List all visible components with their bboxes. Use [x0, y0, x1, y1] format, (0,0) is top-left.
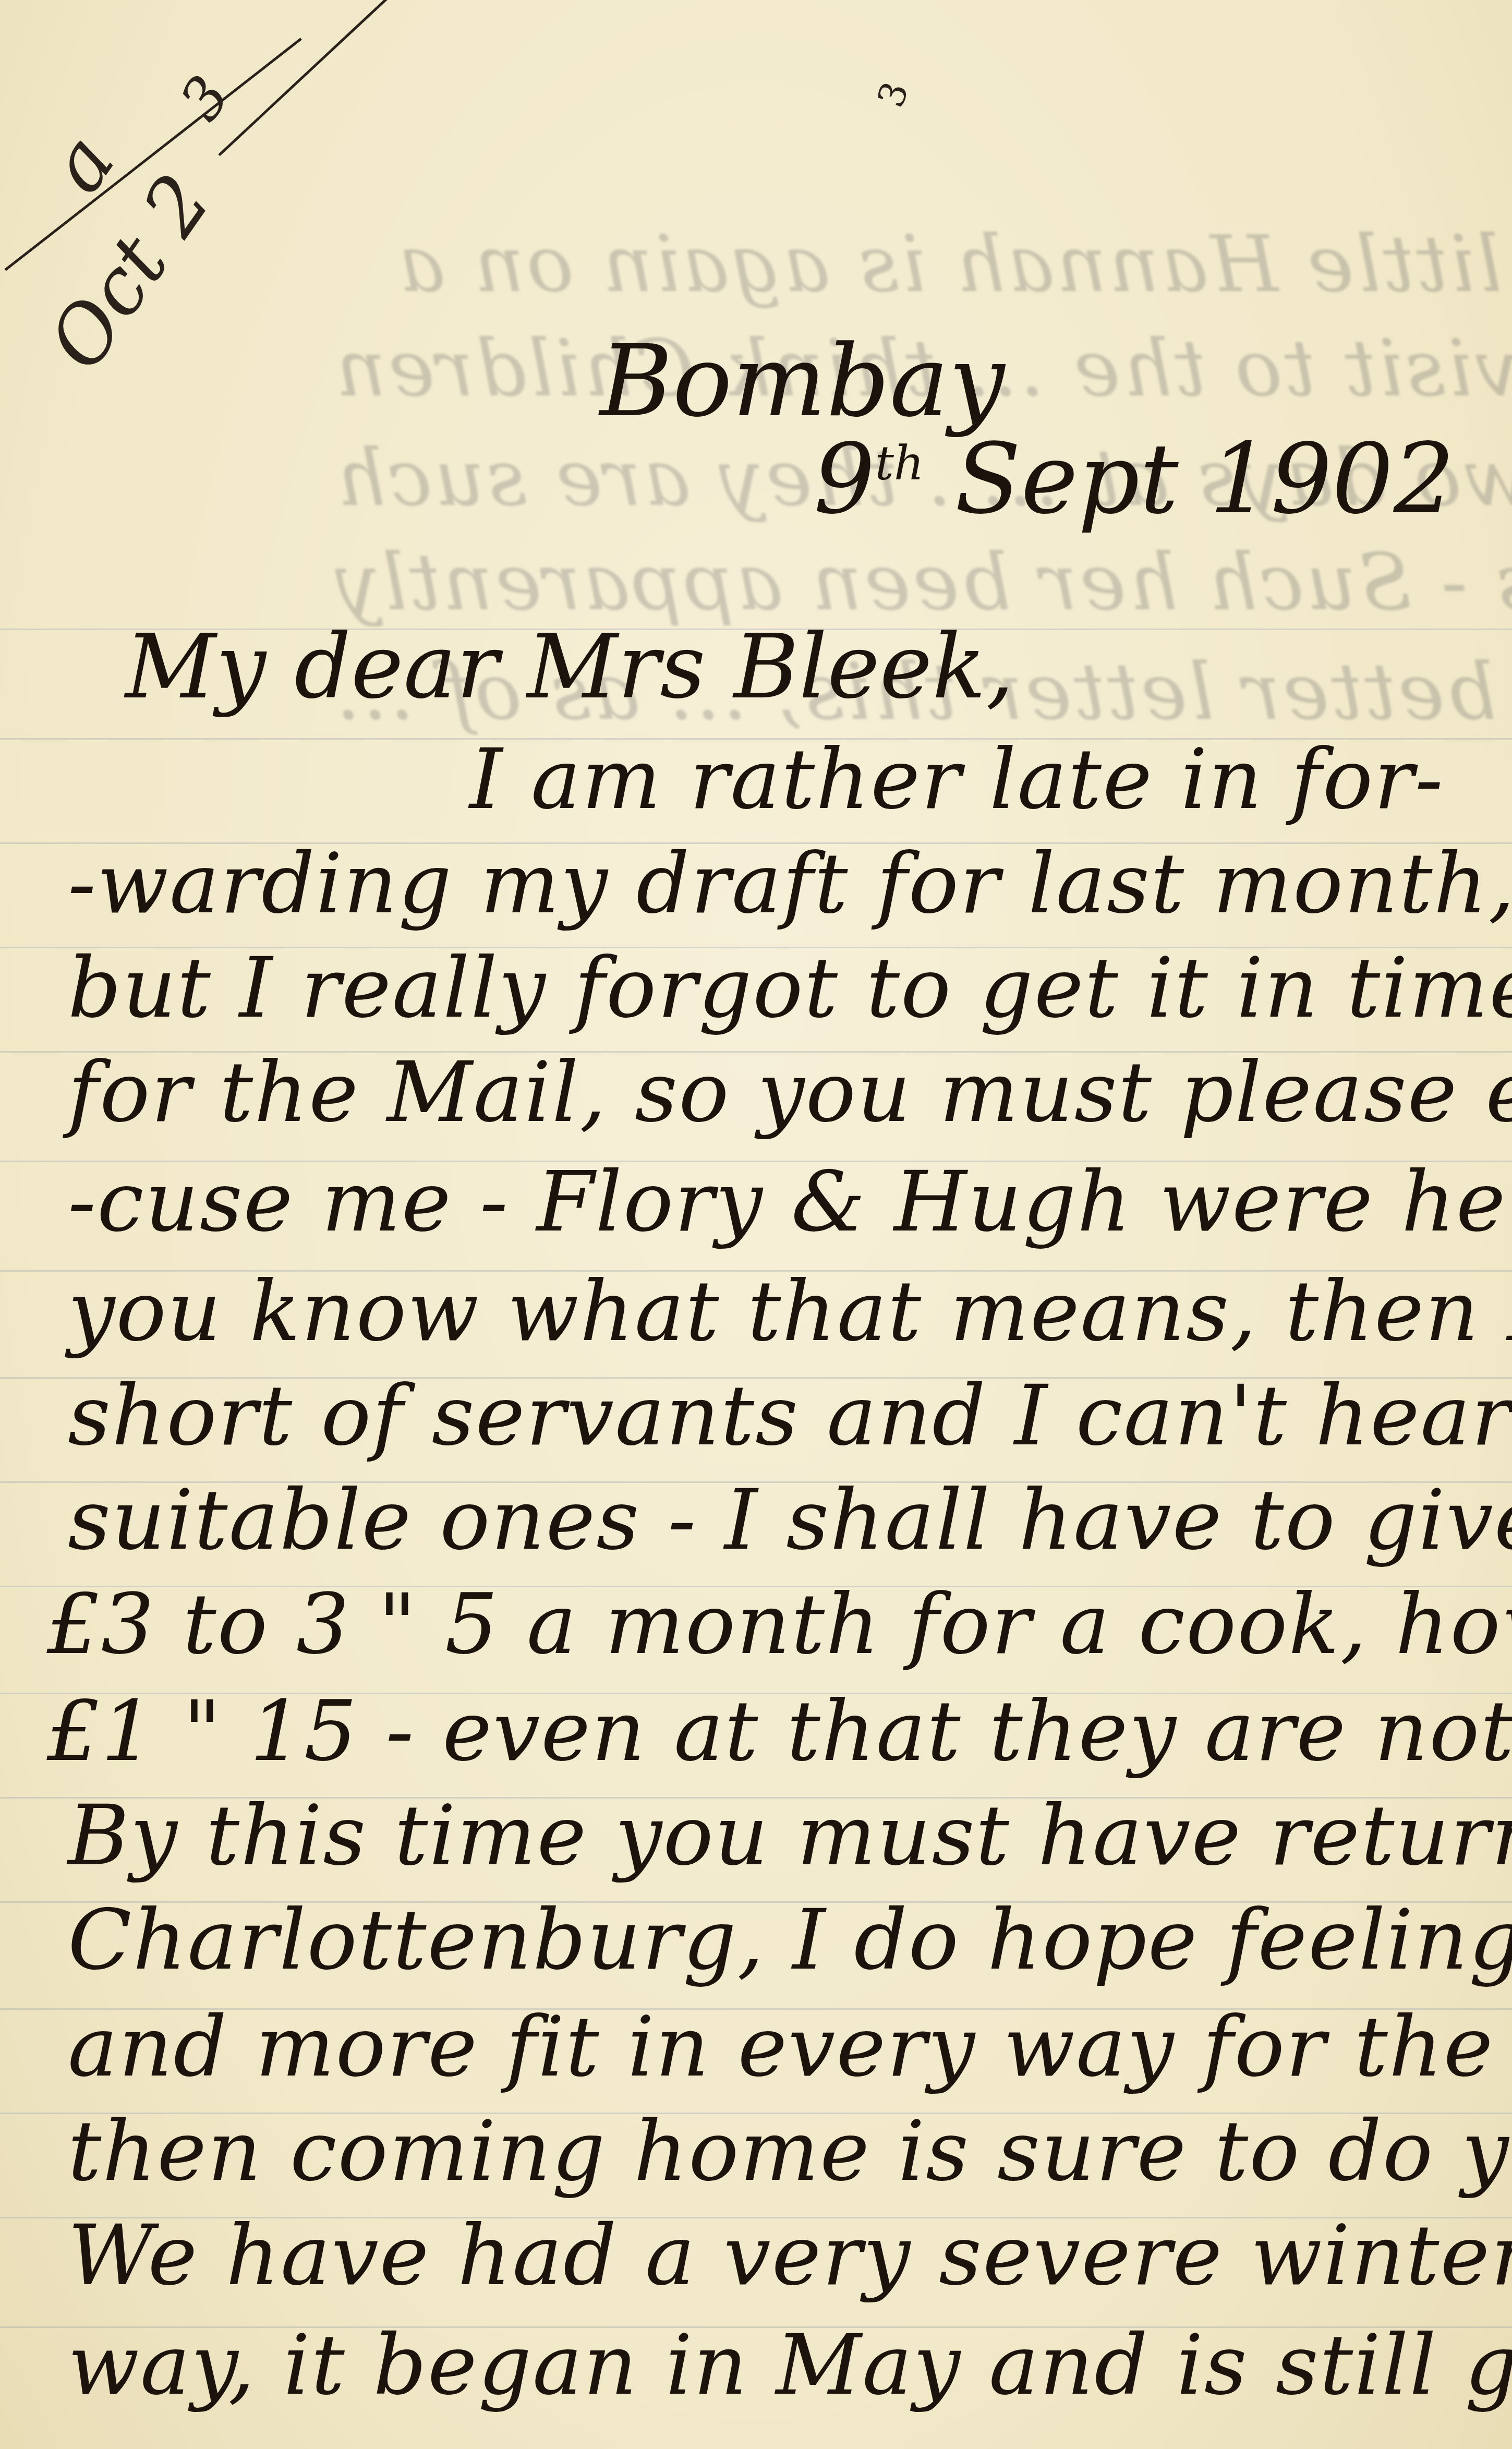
- letter-place: Bombay: [600, 323, 1005, 439]
- body-line: £1 " 15 - even at that they are not to b…: [47, 1682, 1512, 1780]
- annotation-letter: a: [31, 118, 132, 209]
- body-line: £3 to 3 " 5 a month for a cook, however: [47, 1575, 1512, 1673]
- body-line: for the Mail, so you must please ex-: [68, 1043, 1512, 1141]
- body-line: suitable ones - I shall have to give fro…: [68, 1471, 1512, 1569]
- salutation: My dear Mrs Bleek,: [125, 616, 1014, 719]
- body-line: -warding my draft for last month,: [68, 835, 1512, 932]
- letter-date: 9th Sept 1902: [814, 423, 1455, 535]
- body-line: I am rather late in for-: [469, 730, 1444, 828]
- body-line: -cuse me - Flory & Hugh were here, and: [68, 1153, 1512, 1250]
- body-line: then coming home is sure to do you good.: [68, 2102, 1512, 2200]
- letter-page: but the little Hannah is again on a visi…: [0, 0, 1512, 2449]
- body-line: Charlottenburg, I do hope feeling strong…: [68, 1891, 1512, 1988]
- annotation-date: Oct 2: [31, 159, 228, 386]
- body-line: By this time you must have returned to: [68, 1787, 1512, 1884]
- body-line: but I really forgot to get it in time: [68, 939, 1512, 1036]
- date-suffix: th: [875, 436, 924, 491]
- body-line: short of servants and I can't hear of an…: [68, 1367, 1512, 1464]
- body-line: We have had a very severe winter in ever…: [68, 2206, 1512, 2304]
- bleed-through-text: but the little Hannah is again on a: [396, 219, 1512, 310]
- body-line: you know what that means, then I am: [68, 1262, 1512, 1360]
- bleed-through-text: young things - Such her been apparently: [334, 537, 1512, 628]
- annotation-fraction-denominator: 3: [167, 64, 243, 132]
- date-month-year: Sept 1902: [955, 423, 1455, 535]
- date-day: 9: [814, 423, 875, 535]
- page-number-mark: 3: [869, 76, 917, 113]
- body-line: way, it began in May and is still going: [68, 2316, 1512, 2414]
- body-line: and more fit in every way for the change: [68, 1998, 1512, 2095]
